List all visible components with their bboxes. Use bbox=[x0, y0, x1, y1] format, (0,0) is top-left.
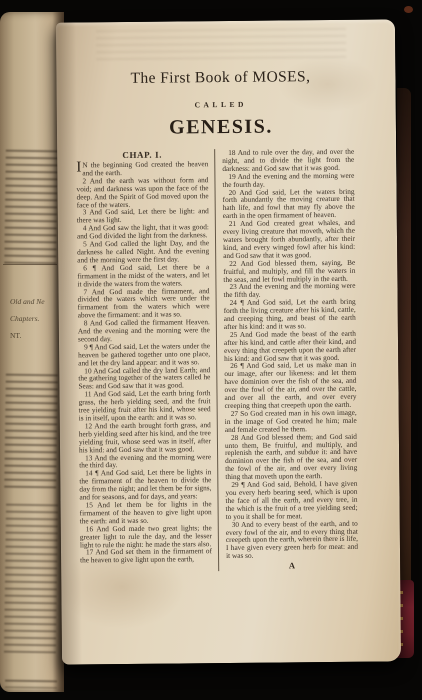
verse: 21 And God created great whales, and eve… bbox=[223, 219, 355, 260]
title-called: CALLED bbox=[76, 99, 366, 111]
blurred-text-lines bbox=[5, 680, 57, 689]
page-fragment: NT. bbox=[4, 332, 62, 340]
left-verses: IN the beginning God created the heaven … bbox=[76, 160, 212, 564]
facing-page-rule bbox=[3, 264, 57, 265]
verse: 7 And God made the firmament, and divide… bbox=[77, 287, 209, 320]
verse: 11 And God said, Let the earth bring for… bbox=[78, 389, 210, 422]
verse: 10 And God called the dry land Earth; an… bbox=[78, 366, 210, 391]
verse: 17 And God set them in the firmament of … bbox=[80, 548, 212, 565]
blurred-text-lines bbox=[4, 374, 58, 493]
verse: 20 And God said, Let the waters bring fo… bbox=[223, 187, 355, 220]
book-photo: Old and NeChapters.NT. The First Book of… bbox=[0, 0, 422, 700]
verse: 27 So God created man in his own image, … bbox=[225, 409, 357, 434]
blurred-text-lines bbox=[4, 150, 58, 269]
bible-page: The First Book of MOSES, CALLED GENESIS.… bbox=[56, 19, 401, 664]
facing-page-fragments: Old and NeChapters.NT. bbox=[4, 298, 62, 340]
verse: 6 ¶ And God said, Let there be a firmame… bbox=[77, 263, 209, 288]
left-column: CHAP. I. IN the beginning God created th… bbox=[76, 149, 218, 572]
verse: 18 And to rule over the day, and over th… bbox=[222, 148, 354, 173]
page-content: The First Book of MOSES, CALLED GENESIS.… bbox=[75, 20, 370, 573]
book-title: The First Book of MOSES, bbox=[75, 68, 365, 89]
facing-page-edge: Old and NeChapters.NT. bbox=[0, 12, 64, 692]
verse: 30 And to every beast of the earth, and … bbox=[226, 519, 358, 560]
verse: 8 And God called the firmament Heaven. A… bbox=[78, 318, 210, 343]
book-name: GENESIS. bbox=[76, 115, 366, 141]
page-fragment: Old and Ne bbox=[4, 298, 62, 306]
verse: 24 ¶ And God said, Let the earth bring f… bbox=[224, 298, 356, 331]
verse: 29 ¶ And God said, Behold, I have given … bbox=[225, 480, 357, 521]
verse: 26 ¶ And God said, Let us make man in ou… bbox=[224, 361, 356, 410]
verse: 2 And the earth was without form and voi… bbox=[76, 176, 208, 209]
verse: 28 And God blessed them; and God said un… bbox=[225, 432, 357, 481]
binding-corner bbox=[404, 6, 413, 13]
verse: 9 ¶ And God said, Let the waters under t… bbox=[78, 342, 210, 367]
right-column: 18 And to rule over the day, and over th… bbox=[214, 148, 358, 571]
blurred-text-lines bbox=[4, 504, 58, 655]
verse: 15 And let them be for lights in the fir… bbox=[80, 500, 212, 525]
verse: 16 And God made two great lights; the gr… bbox=[80, 524, 212, 549]
page-fragment: Chapters. bbox=[4, 315, 62, 323]
text-columns: CHAP. I. IN the beginning God created th… bbox=[76, 148, 370, 573]
right-verses: 18 And to rule over the day, and over th… bbox=[222, 148, 358, 560]
verse: 25 And God made the beast of the earth a… bbox=[224, 330, 356, 363]
signature-mark: A bbox=[226, 562, 358, 571]
verse: 14 ¶ And God said, Let there be lights i… bbox=[79, 469, 211, 502]
verse: 5 And God called the light Day, and the … bbox=[77, 239, 209, 264]
verse: 22 And God blessed them, saying, Be frui… bbox=[223, 258, 355, 283]
verse: 12 And the earth brought forth grass, an… bbox=[79, 421, 211, 454]
